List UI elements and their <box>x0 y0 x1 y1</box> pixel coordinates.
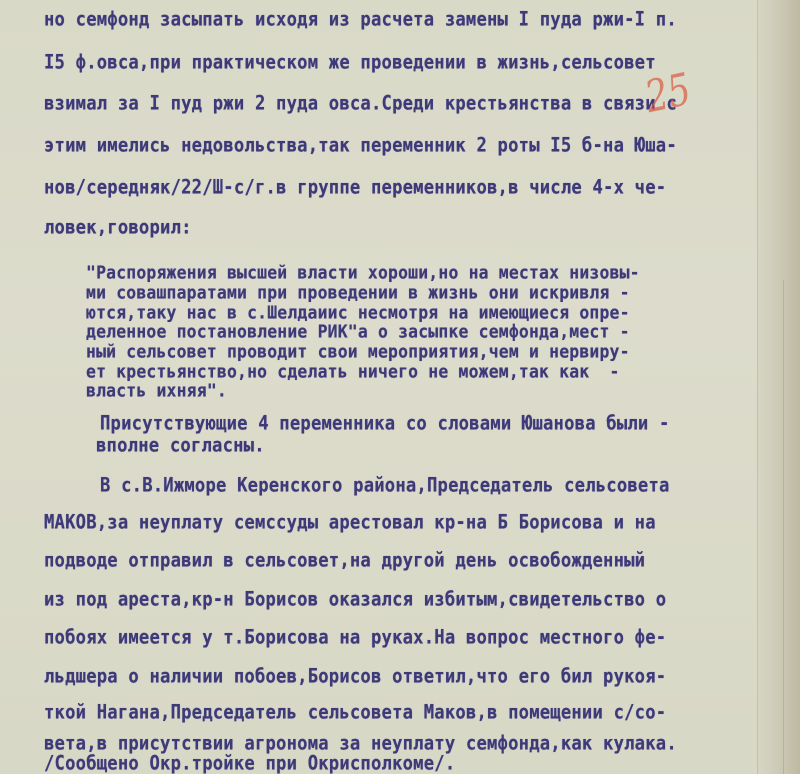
quote-line: ет крестьянство,но сделать ничего не мож… <box>86 361 620 382</box>
text-line: ткой Нагана,Председатель сельсовета Мако… <box>44 701 666 724</box>
text-line: В с.В.Ижморе Керенского района,Председат… <box>100 474 670 497</box>
quote-line: власть ихняя". <box>86 380 227 401</box>
text-line: I5 ф.овса,при практическом же проведении… <box>44 51 656 74</box>
quote-line: деленное постановление РИК"а о засыпке с… <box>86 321 630 342</box>
document-page: но семфонд засыпать исходя из расчета за… <box>0 0 790 774</box>
text-line: /Сообщено Окр.тройке при Окрисполкоме/. <box>44 752 455 774</box>
text-line: МАКОВ,за неуплату семссуды арестовал кр-… <box>44 511 656 534</box>
page-edge-line <box>783 280 784 774</box>
quote-line: ный сельсовет проводит свои мероприятия,… <box>86 341 630 362</box>
text-line: вполне согласны. <box>96 434 265 457</box>
text-line: этим имелись недовольства,так переменник… <box>44 134 677 157</box>
text-line: подводе отправил в сельсовет,на другой д… <box>44 549 645 572</box>
text-line: нов/середняк/22/Ш-с/г.в группе переменни… <box>44 176 666 199</box>
text-line: из под ареста,кр-н Борисов оказался изби… <box>44 588 666 611</box>
text-line: но семфонд засыпать исходя из расчета за… <box>44 8 677 31</box>
quote-line: ются,таку нас в с.Шелдаиис несмотря на и… <box>86 302 630 323</box>
handwritten-page-number: 25 <box>641 64 695 123</box>
text-line: Присутствующие 4 переменника со словами … <box>100 412 670 435</box>
text-line: ловек,говорил: <box>44 216 192 239</box>
text-line: побоях имеется у т.Борисова на руках.На … <box>44 626 666 649</box>
text-line: льдшера о наличии побоев,Борисов ответил… <box>44 665 666 688</box>
text-line: взимал за I пуд ржи 2 пуда овса.Среди кр… <box>44 92 677 115</box>
quote-line: ми совашпаратами при проведении в жизнь … <box>86 282 630 303</box>
page-edge <box>757 0 800 774</box>
quote-line: "Распоряжения высшей власти хороши,но на… <box>86 262 640 283</box>
